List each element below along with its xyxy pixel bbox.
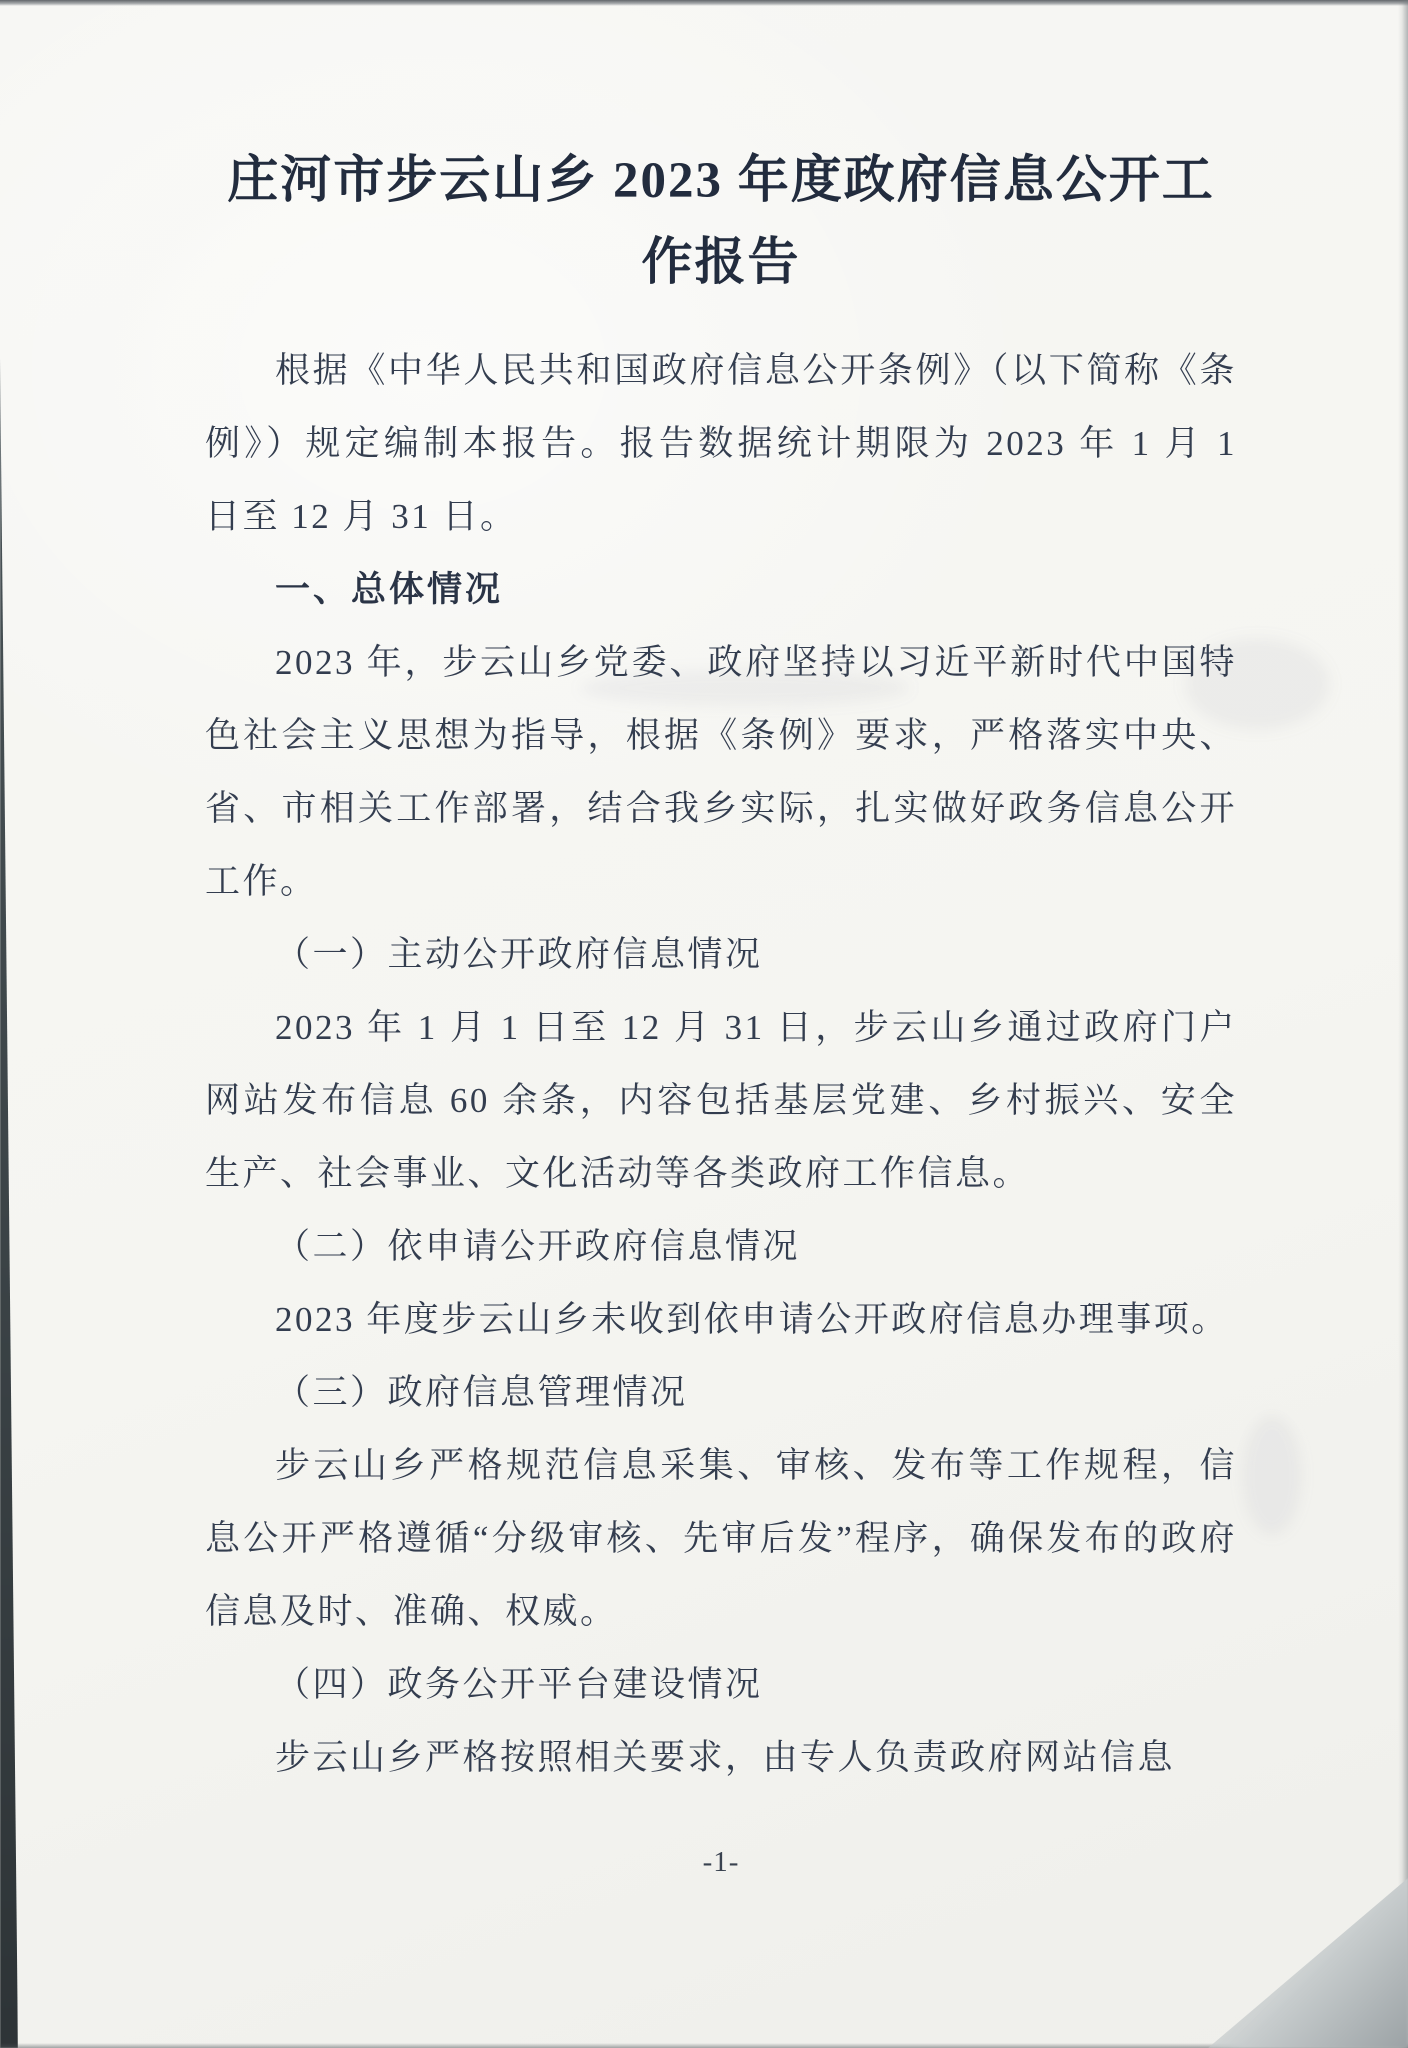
scan-edge-left [0,358,18,2048]
section-heading-level2: （一）主动公开政府信息情况 [205,918,1237,991]
body-paragraph: 2023 年度步云山乡未收到依申请公开政府信息办理事项。 [205,1283,1237,1356]
scan-corner-bottom-right [1208,1878,1408,2048]
scan-edge-bottom [0,2043,1408,2048]
section-heading-level1: 一、总体情况 [205,553,1237,626]
document-body: 根据《中华人民共和国政府信息公开条例》（以下简称《条例》）规定编制本报告。报告数… [205,334,1237,1794]
document-title: 庄河市步云山乡 2023 年度政府信息公开工作报告 [205,140,1237,304]
body-paragraph: 2023 年 1 月 1 日至 12 月 31 日，步云山乡通过政府门户网站发布… [205,991,1237,1210]
body-paragraph: 2023 年，步云山乡党委、政府坚持以习近平新时代中国特色社会主义思想为指导，根… [205,626,1237,918]
body-paragraph: 根据《中华人民共和国政府信息公开条例》（以下简称《条例》）规定编制本报告。报告数… [205,334,1237,553]
scanned-document-page: 庄河市步云山乡 2023 年度政府信息公开工作报告 根据《中华人民共和国政府信息… [0,0,1408,2048]
scan-edge-top [0,0,1408,6]
body-paragraph: 步云山乡严格规范信息采集、审核、发布等工作规程，信息公开严格遵循“分级审核、先审… [205,1429,1237,1648]
body-paragraph: 步云山乡严格按照相关要求，由专人负责政府网站信息 [205,1721,1237,1794]
section-heading-level2: （三）政府信息管理情况 [205,1356,1237,1429]
scan-edge-right [1398,0,1408,2048]
section-heading-level2: （二）依申请公开政府信息情况 [205,1210,1237,1283]
page-number: -1- [205,1846,1237,1879]
document-content: 庄河市步云山乡 2023 年度政府信息公开工作报告 根据《中华人民共和国政府信息… [205,140,1237,1794]
scan-smudge [1242,1415,1302,1535]
section-heading-level2: （四）政务公开平台建设情况 [205,1648,1237,1721]
